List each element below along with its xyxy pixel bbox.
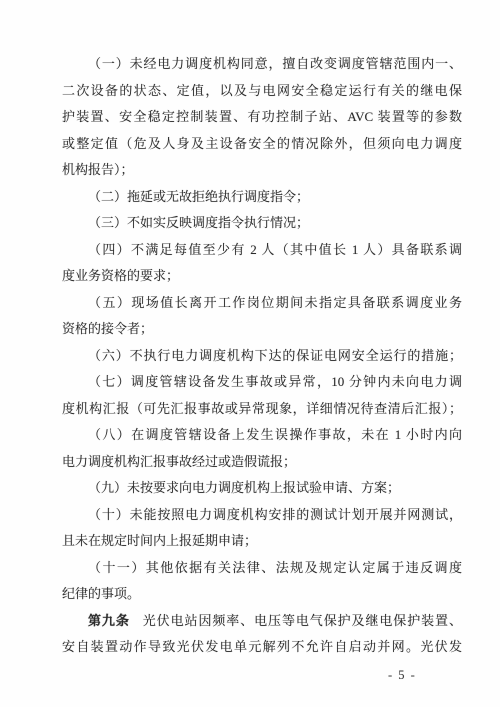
line-text: 或整定值（危及人身及主设备安全的情况除外，但须向电力调度 <box>62 136 462 151</box>
line-text: 护装置、安全稳定控制装置、有功控制子站、AVC 装置等的参数 <box>62 109 462 124</box>
line-text: 度业务资格的要求； <box>62 268 179 283</box>
line-text: （九）未按要求向电力调度机构上报试验申请、方案； <box>88 480 400 495</box>
line-text: （十一）其他依据有关法律、法规及规定认定属于违反调度 <box>88 560 462 575</box>
text-line: 纪律的事项。 <box>62 581 462 608</box>
line-text: 安自装置动作导致光伏发电单元解列不允许自启动并网。光伏发 <box>62 639 462 654</box>
line-text: （七）调度管辖设备发生事故或异常，10 分钟内未向电力调 <box>88 374 462 389</box>
line-text: 机构报告）； <box>62 162 134 177</box>
text-line: 安自装置动作导致光伏发电单元解列不允许自启动并网。光伏发 <box>62 634 462 661</box>
text-line: 且未在规定时间内上报延期申请； <box>62 528 462 555</box>
text-line: 资格的接令者； <box>62 316 462 343</box>
line-text: （十）未能按照电力调度机构安排的测试计划开展并网测试， <box>88 507 462 522</box>
document-body: （一）未经电力调度机构同意，擅自改变调度管辖范围内一、二次设备的状态、定值，以及… <box>62 51 462 661</box>
text-line: 度业务资格的要求； <box>62 263 462 290</box>
text-line: 第九条光伏电站因频率、电压等电气保护及继电保护装置、 <box>62 608 462 635</box>
text-line: （十）未能按照电力调度机构安排的测试计划开展并网测试， <box>62 502 462 529</box>
line-text: （二）拖延或无故拒绝执行调度指令； <box>88 189 309 204</box>
line-text: 度机构汇报（可先汇报事故或异常现象，详细情况待查清后汇报）； <box>62 401 462 416</box>
text-line: （二）拖延或无故拒绝执行调度指令； <box>62 184 462 211</box>
text-line: （八）在调度管辖设备上发生误操作事故，未在 1 小时内向 <box>62 422 462 449</box>
text-line: 或整定值（危及人身及主设备安全的情况除外，但须向电力调度 <box>62 131 462 158</box>
text-line: （三）不如实反映调度指令执行情况； <box>62 210 462 237</box>
line-text: （一）未经电力调度机构同意，擅自改变调度管辖范围内一、 <box>88 56 462 71</box>
text-line: （九）未按要求向电力调度机构上报试验申请、方案； <box>62 475 462 502</box>
text-line: 护装置、安全稳定控制装置、有功控制子站、AVC 装置等的参数 <box>62 104 462 131</box>
text-line: （十一）其他依据有关法律、法规及规定认定属于违反调度 <box>62 555 462 582</box>
line-text: 且未在规定时间内上报延期申请； <box>62 533 257 548</box>
text-line: 二次设备的状态、定值，以及与电网安全稳定运行有关的继电保 <box>62 78 462 105</box>
line-text: （四）不满足每值至少有 2 人（其中值长 1 人）具备联系调 <box>88 242 462 257</box>
line-text: 纪律的事项。 <box>62 586 140 601</box>
text-line: （五）现场值长离开工作岗位期间未指定具备联系调度业务 <box>62 290 462 317</box>
text-line: 机构报告）； <box>62 157 462 184</box>
line-text: 资格的接令者； <box>62 321 153 336</box>
text-line: 度机构汇报（可先汇报事故或异常现象，详细情况待查清后汇报）； <box>62 396 462 423</box>
line-text: （三）不如实反映调度指令执行情况； <box>88 215 309 230</box>
line-text: （六）不执行电力调度机构下达的保证电网安全运行的措施； <box>88 348 462 363</box>
article-number: 第九条 <box>88 613 130 628</box>
text-line: （四）不满足每值至少有 2 人（其中值长 1 人）具备联系调 <box>62 237 462 264</box>
text-line: （六）不执行电力调度机构下达的保证电网安全运行的措施； <box>62 343 462 370</box>
page-number: - 5 - <box>388 668 416 682</box>
text-line: （七）调度管辖设备发生事故或异常，10 分钟内未向电力调 <box>62 369 462 396</box>
line-text: 二次设备的状态、定值，以及与电网安全稳定运行有关的继电保 <box>62 83 462 98</box>
line-text: 电力调度机构汇报事故经过或造假谎报； <box>62 454 296 469</box>
text-line: （一）未经电力调度机构同意，擅自改变调度管辖范围内一、 <box>62 51 462 78</box>
line-text: （五）现场值长离开工作岗位期间未指定具备联系调度业务 <box>88 295 462 310</box>
line-text: （八）在调度管辖设备上发生误操作事故，未在 1 小时内向 <box>88 427 462 442</box>
line-text: 光伏电站因频率、电压等电气保护及继电保护装置、 <box>143 613 462 628</box>
text-line: 电力调度机构汇报事故经过或造假谎报； <box>62 449 462 476</box>
document-page: （一）未经电力调度机构同意，擅自改变调度管辖范围内一、二次设备的状态、定值，以及… <box>0 0 500 707</box>
